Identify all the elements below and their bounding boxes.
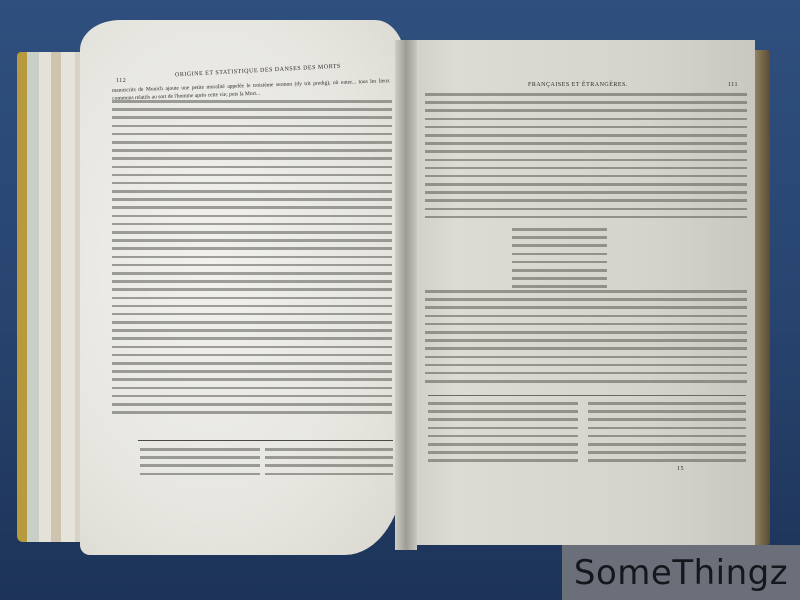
watermark-banner: SomeThingz	[562, 545, 800, 600]
right-page-number: 111	[728, 82, 738, 88]
left-page-number: 112	[116, 78, 126, 84]
left-footnote-col-1	[140, 448, 260, 484]
right-running-head: FRANÇAISES ET ÉTRANGÈRES.	[528, 82, 628, 88]
signature-mark: 15	[677, 466, 684, 472]
book-gutter	[395, 40, 417, 550]
right-footnote-col-1	[428, 402, 578, 462]
right-verse	[512, 228, 607, 290]
right-footnote-col-2	[588, 402, 746, 464]
left-body-text	[112, 100, 392, 425]
right-body-text-2	[425, 290, 747, 390]
left-footnote-col-2	[265, 448, 393, 484]
right-body-text	[425, 93, 747, 221]
footnote-rule	[138, 440, 393, 441]
watermark-text: SomeThingz	[574, 553, 788, 593]
book-edge-left	[17, 52, 87, 542]
right-footnote-rule	[428, 395, 746, 396]
